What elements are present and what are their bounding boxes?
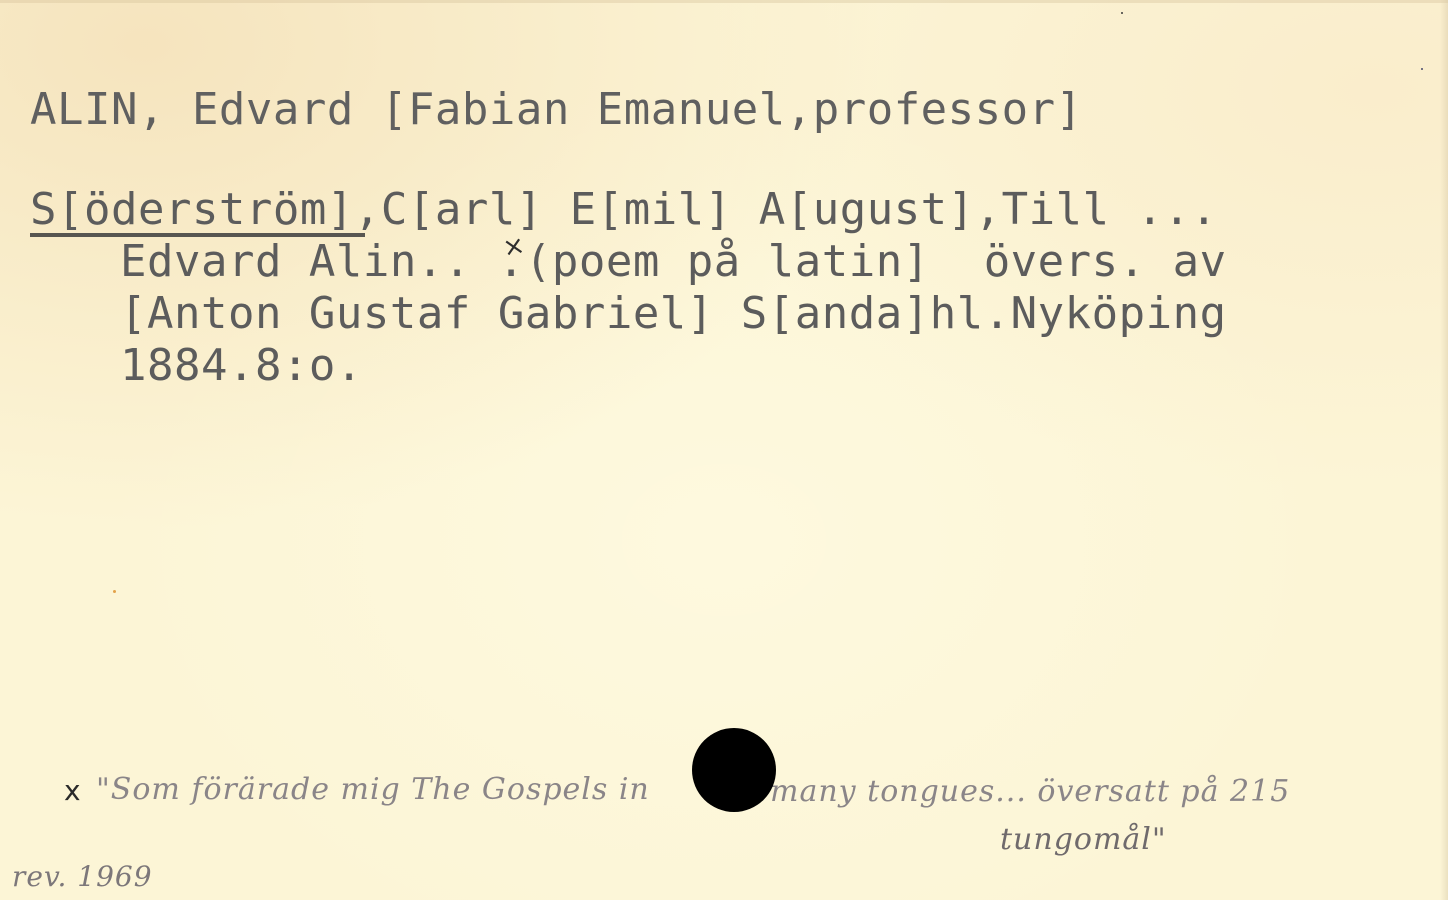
paper-speck <box>113 590 116 593</box>
handwritten-note-line-2: many tongues... översatt på 215 <box>770 774 1290 809</box>
handwritten-note-marker: x <box>64 774 82 807</box>
card-top-edge <box>0 0 1448 3</box>
revision-note: rev. 1969 <box>12 860 153 893</box>
paper-speck <box>1121 12 1123 14</box>
author-heading: ALIN, Edvard [Fabian Emanuel,professor] <box>30 84 1083 136</box>
entry-line-1: S[öderström],C[arl] E[mil] A[ugust],Till… <box>30 184 1218 236</box>
entry-line-4: 1884.8:o. <box>120 340 363 392</box>
entry-line-3: [Anton Gustaf Gabriel] S[anda]hl.Nyköpin… <box>120 288 1227 340</box>
handwritten-note-line-3: tungomål" <box>1000 822 1167 857</box>
catalog-card: ALIN, Edvard [Fabian Emanuel,professor] … <box>0 0 1448 900</box>
handwritten-note-line-1: "Som förärade mig The Gospels in <box>96 772 650 807</box>
entry-line-2: Edvard Alin.. .(poem på latin] övers. av <box>120 236 1227 288</box>
punch-hole <box>692 728 776 812</box>
paper-speck <box>1421 68 1423 70</box>
card-right-edge <box>1440 0 1448 900</box>
